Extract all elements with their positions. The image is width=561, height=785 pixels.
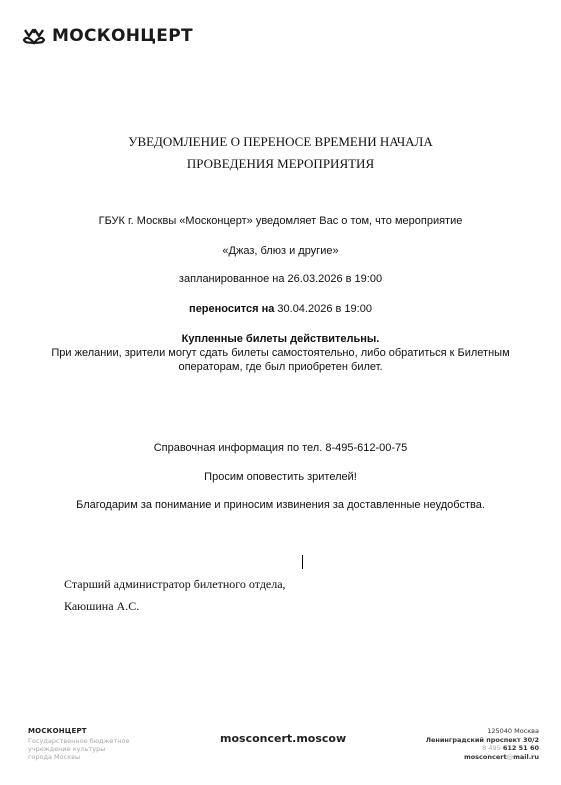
footer-phone-number: 612 51 60 xyxy=(503,744,539,752)
footer-email-user: mosconcert xyxy=(464,753,507,761)
moved-label: переносится на xyxy=(189,303,274,315)
footer-org-name: МОСКОНЦЕРТ xyxy=(28,727,130,735)
logo-text: МОСКОНЦЕРТ xyxy=(52,26,193,46)
signature-position: Старший администратор билетного отдела, xyxy=(64,577,286,592)
notice-title-line1: УВЕДОМЛЕНИЕ О ПЕРЕНОСЕ ВРЕМЕНИ НАЧАЛА xyxy=(0,134,561,150)
footer-org-desc-1: Государственное бюджетное xyxy=(28,737,130,745)
header-logo: МОСКОНЦЕРТ xyxy=(22,26,193,46)
moved-value: 30.04.2026 в 19:00 xyxy=(274,303,372,315)
footer-address-1: 125040 Москва xyxy=(426,727,539,736)
signature-name: Каюшина А.С. xyxy=(64,599,139,614)
footer-org: МОСКОНЦЕРТ Государственное бюджетное учр… xyxy=(28,727,130,761)
moved-date: переносится на 30.04.2026 в 19:00 xyxy=(0,303,561,315)
footer-org-desc-2: учреждение культуры xyxy=(28,745,130,753)
footer-org-desc-3: города Москвы xyxy=(28,753,130,761)
footer-email[interactable]: mosconcert@mail.ru xyxy=(426,753,539,762)
footer-website-link[interactable]: mosconcert.moscow xyxy=(220,732,346,745)
event-name: «Джаз, блюз и другие» xyxy=(0,245,561,257)
footer-contacts: 125040 Москва Ленинградский проспект 30/… xyxy=(426,727,539,761)
refund-line1: При желании, зрители могут сдать билеты … xyxy=(0,347,561,359)
thanks: Благодарим за понимание и приносим извин… xyxy=(0,499,561,511)
footer-phone: 8 495 612 51 60 xyxy=(426,744,539,753)
info-phone: Справочная информация по тел. 8-495-612-… xyxy=(0,442,561,454)
tickets-valid: Купленные билеты действительны. xyxy=(0,333,561,345)
footer-email-domain: mail.ru xyxy=(513,753,539,761)
scheduled-date: запланированное на 26.03.2026 в 19:00 xyxy=(0,273,561,285)
moskoncert-emblem-icon xyxy=(22,26,46,46)
footer-phone-prefix: 8 495 xyxy=(482,744,503,752)
text-cursor xyxy=(302,555,303,569)
footer-address-2: Ленинградский проспект 30/2 xyxy=(426,736,539,745)
notice-title-line2: ПРОВЕДЕНИЯ МЕРОПРИЯТИЯ xyxy=(0,156,561,172)
refund-line2: операторам, где был приобретен билет. xyxy=(0,361,561,373)
please-notify: Просим оповестить зрителей! xyxy=(0,471,561,483)
notice-intro: ГБУК г. Москвы «Москонцерт» уведомляет В… xyxy=(0,215,561,227)
